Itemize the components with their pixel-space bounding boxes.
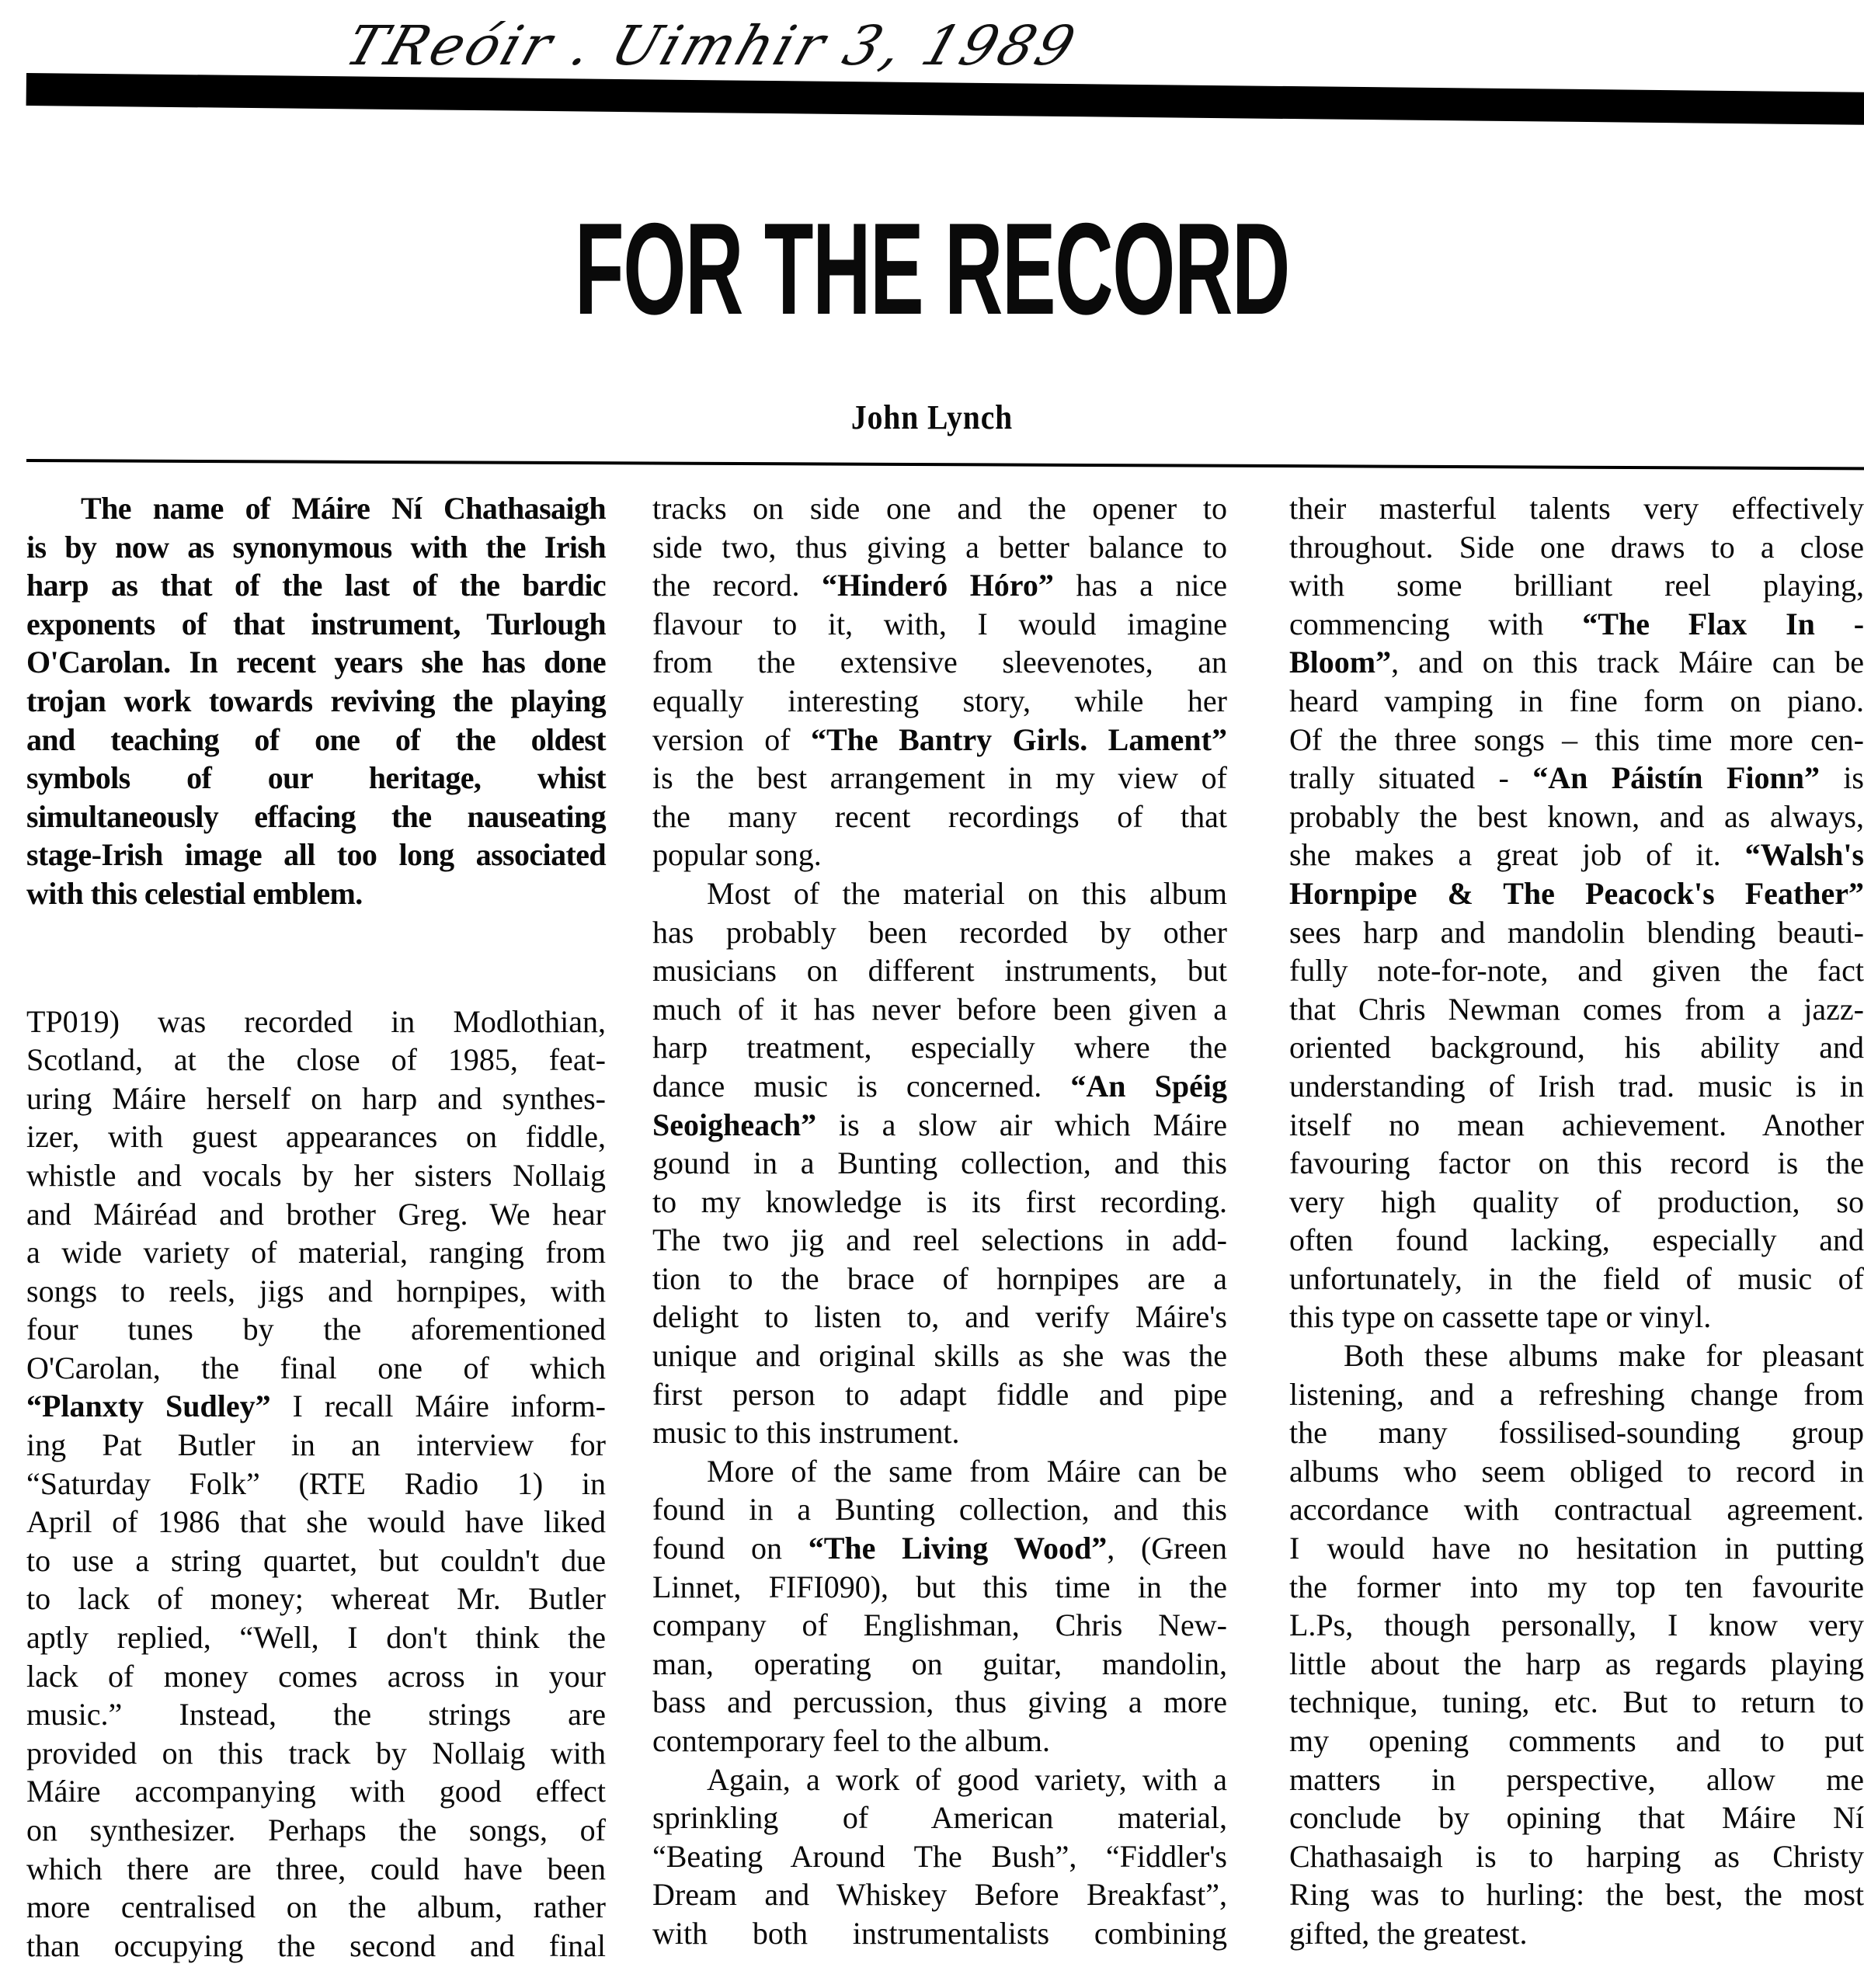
text-line: company of Englishman, Chris New-: [652, 1606, 1227, 1645]
text-line: sprinkling of American material,: [652, 1799, 1227, 1837]
bold-title-text: “Hinderó Hóro”: [822, 568, 1054, 603]
text-line: man, operating on guitar, mandolin,: [652, 1645, 1227, 1684]
text-line: provided on this track by Nollaig with: [26, 1734, 606, 1773]
text-line: conclude by opining that Máire Ní: [1289, 1799, 1864, 1837]
body-text: TP019) was recorded in Modlothian,: [26, 1004, 606, 1039]
body-text: the record.: [652, 568, 822, 603]
text-line: The two jig and reel selections in add-: [652, 1221, 1227, 1260]
text-line: “Planxty Sudley” I recall Máire inform-: [26, 1387, 606, 1426]
lead-paragraph: The name of Máire Ní Chathasaighis by no…: [26, 489, 606, 913]
text-line: found on “The Living Wood”, (Green: [652, 1529, 1227, 1568]
body-text: O'Carolan, the final one of which: [26, 1350, 606, 1385]
lead-text-line: and teaching of one of the oldest: [26, 721, 606, 759]
body-text: gound in a Bunting collection, and this: [652, 1145, 1227, 1180]
text-line: bass and percussion, thus giving a more: [652, 1683, 1227, 1722]
text-line: to my knowledge is its first recording.: [652, 1183, 1227, 1222]
body-text: ing Pat Butler in an interview for: [26, 1427, 606, 1462]
text-line: songs to reels, jigs and hornpipes, with: [26, 1272, 606, 1311]
body-text: to use a string quartet, but couldn't du…: [26, 1543, 606, 1578]
body-text: Linnet, FIFI090), but this time in the: [652, 1569, 1227, 1604]
bold-title-text: “The Flax In -: [1582, 606, 1864, 641]
text-line: Ring was to hurling: the best, the most: [1289, 1875, 1864, 1914]
body-text: whistle and vocals by her sisters Nollai…: [26, 1158, 606, 1193]
body-text: L.Ps, though personally, I know very: [1289, 1607, 1864, 1642]
text-line: “Beating Around The Bush”, “Fiddler's: [652, 1837, 1227, 1876]
column-1: The name of Máire Ní Chathasaighis by no…: [26, 489, 606, 1965]
bold-title-text: “Planxty Sudley”: [26, 1388, 271, 1423]
text-line: sees harp and mandolin blending beauti-: [1289, 913, 1864, 952]
body-text: I would have no hesitation in putting: [1289, 1531, 1864, 1566]
body-text: first person to adapt fiddle and pipe: [652, 1377, 1227, 1412]
body-text: than occupying the second and final: [26, 1928, 606, 1963]
body-text: sees harp and mandolin blending beauti-: [1289, 915, 1864, 950]
bold-title-text: “Walsh's: [1745, 837, 1864, 872]
body-text: music.” Instead, the strings are: [26, 1697, 606, 1732]
text-line: Of the three songs – this time more cen-: [1289, 721, 1864, 759]
column-3: their masterful talents very effectively…: [1289, 489, 1864, 1953]
body-text: albums who seem obliged to record in: [1289, 1454, 1864, 1489]
text-line: itself no mean achievement. Another: [1289, 1106, 1864, 1145]
text-line: unfortunately, in the field of music of: [1289, 1260, 1864, 1298]
text-line: whistle and vocals by her sisters Nollai…: [26, 1156, 606, 1195]
body-text: aptly replied, “Well, I don't think the: [26, 1620, 606, 1655]
text-line: my opening comments and to put: [1289, 1722, 1864, 1760]
text-line: ing Pat Butler in an interview for: [26, 1426, 606, 1465]
body-text: lack of money comes across in your: [26, 1659, 606, 1694]
body-text: from the extensive sleevenotes, an: [652, 645, 1227, 679]
text-line: the many fossilised-sounding group: [1289, 1413, 1864, 1452]
text-line: Máire accompanying with good effect: [26, 1772, 606, 1811]
body-text: flavour to it, with, I would imagine: [652, 606, 1227, 641]
text-line: music to this instrument.: [652, 1413, 1227, 1452]
body-text: equally interesting story, while her: [652, 683, 1227, 718]
body-text: popular song.: [652, 837, 822, 872]
body-text: is: [1820, 760, 1864, 795]
body-text: commencing with: [1289, 606, 1582, 641]
body-text: provided on this track by Nollaig with: [26, 1736, 606, 1771]
body-text: bass and percussion, thus giving a more: [652, 1684, 1227, 1719]
body-text: Dream and Whiskey Before Breakfast”,: [652, 1877, 1227, 1912]
body-text: itself no mean achievement. Another: [1289, 1107, 1864, 1142]
body-text: musicians on different instruments, but: [652, 953, 1227, 988]
text-line: the record. “Hinderó Hóro” has a nice: [652, 566, 1227, 605]
text-line: version of “The Bantry Girls. Lament”: [652, 721, 1227, 759]
text-line: trally situated - “An Páistín Fionn” is: [1289, 759, 1864, 798]
lead-text-line: trojan work towards reviving the playing: [26, 682, 606, 721]
text-line: very high quality of production, so: [1289, 1183, 1864, 1222]
text-line: the former into my top ten favourite: [1289, 1568, 1864, 1607]
text-line: probably the best known, and as always,: [1289, 798, 1864, 836]
body-text: trally situated -: [1289, 760, 1532, 795]
body-text: Máire accompanying with good effect: [26, 1774, 606, 1809]
text-line: little about the harp as regards playing: [1289, 1645, 1864, 1684]
text-line: Scotland, at the close of 1985, feat-: [26, 1041, 606, 1079]
column-gap: [26, 913, 606, 1003]
body-text: Chathasaigh is to harping as Christy: [1289, 1839, 1864, 1874]
text-line: commencing with “The Flax In -: [1289, 605, 1864, 644]
handwritten-annotation: " " TReóir . Uimhir 3, 1989: [312, 0, 1428, 85]
text-line: that Chris Newman comes from a jazz-: [1289, 990, 1864, 1029]
article-title: FOR THE RECORD: [354, 203, 1510, 334]
body-text: fully note-for-note, and given the fact: [1289, 953, 1864, 988]
body-text: to my knowledge is its first recording.: [652, 1184, 1227, 1219]
text-line: Most of the material on this album: [652, 874, 1227, 913]
body-text: has a nice: [1054, 568, 1227, 603]
body-text: on synthesizer. Perhaps the songs, of: [26, 1812, 606, 1847]
lead-text-line: The name of Máire Ní Chathasaigh: [26, 489, 606, 528]
body-text: found on: [652, 1531, 809, 1566]
body-text: little about the harp as regards playing: [1289, 1646, 1864, 1681]
text-line: found in a Bunting collection, and this: [652, 1490, 1227, 1529]
body-text: “Saturday Folk” (RTE Radio 1) in: [26, 1466, 606, 1501]
body-text: this type on cassette tape or vinyl.: [1289, 1299, 1711, 1334]
text-line: equally interesting story, while her: [652, 682, 1227, 721]
text-line: gifted, the greatest.: [1289, 1914, 1864, 1953]
body-text: contemporary feel to the album.: [652, 1723, 1050, 1758]
text-line: TP019) was recorded in Modlothian,: [26, 1003, 606, 1041]
body-text: she makes a great job of it.: [1289, 837, 1745, 872]
text-line: oriented background, his ability and: [1289, 1028, 1864, 1067]
body-text: sprinkling of American material,: [652, 1800, 1227, 1835]
text-line: harp treatment, especially where the: [652, 1028, 1227, 1067]
text-line: Bloom”, and on this track Máire can be: [1289, 643, 1864, 682]
text-line: listening, and a refreshing change from: [1289, 1375, 1864, 1414]
body-text: Both these albums make for pleasant: [1344, 1338, 1864, 1373]
body-text: matters in perspective, allow me: [1289, 1762, 1864, 1797]
column-2: tracks on side one and the opener toside…: [652, 489, 1227, 1953]
text-line: gound in a Bunting collection, and this: [652, 1144, 1227, 1183]
text-line: fully note-for-note, and given the fact: [1289, 951, 1864, 990]
text-line: side two, thus giving a better balance t…: [652, 528, 1227, 567]
text-line: from the extensive sleevenotes, an: [652, 643, 1227, 682]
body-text: I recall Máire inform-: [271, 1388, 606, 1423]
body-text: probably the best known, and as always,: [1289, 799, 1864, 834]
text-line: tion to the brace of hornpipes are a: [652, 1260, 1227, 1298]
text-line: “Saturday Folk” (RTE Radio 1) in: [26, 1465, 606, 1503]
body-text: and Máiréad and brother Greg. We hear: [26, 1197, 606, 1232]
body-text: Most of the material on this album: [707, 876, 1227, 911]
lead-text-line: simultaneously effacing the nauseating: [26, 798, 606, 836]
handwritten-publication-date: TReóir . Uimhir 3, 1989: [338, 14, 1085, 78]
text-line: Linnet, FIFI090), but this time in the: [652, 1568, 1227, 1607]
body-text: is the best arrangement in my view of: [652, 760, 1227, 795]
text-line: a wide variety of material, ranging from: [26, 1233, 606, 1272]
text-line: aptly replied, “Well, I don't think the: [26, 1618, 606, 1657]
text-line: O'Carolan, the final one of which: [26, 1349, 606, 1388]
text-line: on synthesizer. Perhaps the songs, of: [26, 1811, 606, 1850]
body-text: accordance with contractual agreement.: [1289, 1492, 1864, 1527]
body-text: Again, a work of good variety, with a: [707, 1762, 1227, 1797]
text-line: uring Máire herself on harp and synthes-: [26, 1079, 606, 1118]
text-line: I would have no hesitation in putting: [1289, 1529, 1864, 1568]
text-line: the many recent recordings of that: [652, 798, 1227, 836]
body-text: Scotland, at the close of 1985, feat-: [26, 1042, 606, 1077]
bold-title-text: Bloom”: [1289, 645, 1391, 679]
body-text: harp treatment, especially where the: [652, 1030, 1227, 1065]
body-text: technique, tuning, etc. But to return to: [1289, 1684, 1864, 1719]
bold-title-text: Hornpipe & The Peacock's Feather”: [1289, 876, 1864, 911]
text-line: favouring factor on this record is the: [1289, 1144, 1864, 1183]
body-text: company of Englishman, Chris New-: [652, 1607, 1227, 1642]
body-text: The two jig and reel selections in add-: [652, 1222, 1227, 1257]
text-line: Both these albums make for pleasant: [1289, 1336, 1864, 1375]
text-line: More of the same from Máire can be: [652, 1452, 1227, 1491]
body-text: the many fossilised-sounding group: [1289, 1415, 1864, 1450]
text-line: to lack of money; whereat Mr. Butler: [26, 1580, 606, 1618]
text-line: often found lacking, especially and: [1289, 1221, 1864, 1260]
body-text: very high quality of production, so: [1289, 1184, 1864, 1219]
body-text: the former into my top ten favourite: [1289, 1569, 1864, 1604]
body-text: the many recent recordings of that: [652, 799, 1227, 834]
text-line: and Máiréad and brother Greg. We hear: [26, 1195, 606, 1234]
body-text: delight to listen to, and verify Máire's: [652, 1299, 1227, 1334]
body-text: their masterful talents very effectively: [1289, 491, 1864, 526]
body-text: version of: [652, 722, 811, 757]
lead-text-line: exponents of that instrument, Turlough: [26, 605, 606, 644]
text-line: Seoigheach” is a slow air which Máire: [652, 1106, 1227, 1145]
text-line: unique and original skills as she was th…: [652, 1336, 1227, 1375]
body-text: my opening comments and to put: [1289, 1723, 1864, 1758]
lead-text-line: is by now as synonymous with the Irish: [26, 528, 606, 567]
body-text: with both instrumentalists combining: [652, 1916, 1227, 1951]
body-text: “Beating Around The Bush”, “Fiddler's: [652, 1839, 1227, 1874]
bold-title-text: “The Bantry Girls. Lament”: [811, 722, 1227, 757]
column-1-body: TP019) was recorded in Modlothian,Scotla…: [26, 1003, 606, 1965]
text-line: L.Ps, though personally, I know very: [1289, 1606, 1864, 1645]
text-line: Chathasaigh is to harping as Christy: [1289, 1837, 1864, 1876]
text-line: understanding of Irish trad. music is in: [1289, 1067, 1864, 1106]
text-line: dance music is concerned. “An Spéig: [652, 1067, 1227, 1106]
text-line: izer, with guest appearances on fiddle,: [26, 1117, 606, 1156]
header-rule: [26, 459, 1864, 470]
text-line: throughout. Side one draws to a close: [1289, 528, 1864, 567]
body-text: More of the same from Máire can be: [707, 1454, 1227, 1489]
body-text: side two, thus giving a better balance t…: [652, 530, 1227, 565]
text-line: albums who seem obliged to record in: [1289, 1452, 1864, 1491]
lead-text-line: symbols of our heritage, whist: [26, 759, 606, 798]
text-line: lack of money comes across in your: [26, 1657, 606, 1696]
body-text: listening, and a refreshing change from: [1289, 1377, 1864, 1412]
text-line: tracks on side one and the opener to: [652, 489, 1227, 528]
body-text: unique and original skills as she was th…: [652, 1338, 1227, 1373]
text-line: first person to adapt fiddle and pipe: [652, 1375, 1227, 1414]
body-text: often found lacking, especially and: [1289, 1222, 1864, 1257]
body-text: uring Máire herself on harp and synthes-: [26, 1081, 606, 1116]
text-line: Hornpipe & The Peacock's Feather”: [1289, 874, 1864, 913]
body-text: four tunes by the aforementioned: [26, 1312, 606, 1347]
body-text: much of it has never before been given a: [652, 992, 1227, 1027]
body-text: tracks on side one and the opener to: [652, 491, 1227, 526]
text-line: much of it has never before been given a: [652, 990, 1227, 1029]
body-text: tion to the brace of hornpipes are a: [652, 1261, 1227, 1296]
bold-title-text: Seoigheach”: [652, 1107, 816, 1142]
body-text: conclude by opining that Máire Ní: [1289, 1800, 1864, 1835]
text-line: to use a string quartet, but couldn't du…: [26, 1541, 606, 1580]
text-line: with both instrumentalists combining: [652, 1914, 1227, 1953]
text-line: more centralised on the album, rather: [26, 1888, 606, 1927]
body-text: izer, with guest appearances on fiddle,: [26, 1119, 606, 1154]
text-line: flavour to it, with, I would imagine: [652, 605, 1227, 644]
article-byline: John Lynch: [93, 398, 1771, 437]
text-line: this type on cassette tape or vinyl.: [1289, 1298, 1864, 1336]
lead-text-line: stage-Irish image all too long associate…: [26, 836, 606, 874]
body-text: more centralised on the album, rather: [26, 1889, 606, 1924]
body-text: , (Green: [1107, 1531, 1227, 1566]
body-text: , and on this track Máire can be: [1391, 645, 1864, 679]
bold-title-text: “An Páistín Fionn”: [1532, 760, 1820, 795]
body-text: Ring was to hurling: the best, the most: [1289, 1877, 1864, 1912]
body-text: to lack of money; whereat Mr. Butler: [26, 1581, 606, 1616]
body-text: man, operating on guitar, mandolin,: [652, 1646, 1227, 1681]
body-text: gifted, the greatest.: [1289, 1916, 1528, 1951]
text-line: April of 1986 that she would have liked: [26, 1503, 606, 1541]
text-line: which there are three, could have been: [26, 1850, 606, 1889]
body-text: throughout. Side one draws to a close: [1289, 530, 1864, 565]
body-text: that Chris Newman comes from a jazz-: [1289, 992, 1864, 1027]
text-line: heard vamping in fine form on piano.: [1289, 682, 1864, 721]
body-text: with some brilliant reel playing,: [1289, 568, 1864, 603]
text-line: delight to listen to, and verify Máire's: [652, 1298, 1227, 1336]
bold-title-text: “An Spéig: [1070, 1069, 1227, 1103]
body-text: a wide variety of material, ranging from: [26, 1235, 606, 1270]
body-text: April of 1986 that she would have liked: [26, 1504, 606, 1539]
body-text: Of the three songs – this time more cen-: [1289, 722, 1864, 757]
text-line: is the best arrangement in my view of: [652, 759, 1227, 798]
text-line: than occupying the second and final: [26, 1927, 606, 1965]
text-line: with some brilliant reel playing,: [1289, 566, 1864, 605]
body-text: heard vamping in fine form on piano.: [1289, 683, 1864, 718]
lead-text-line: harp as that of the last of the bardic: [26, 566, 606, 605]
body-text: songs to reels, jigs and hornpipes, with: [26, 1274, 606, 1309]
lead-text-line: O'Carolan. In recent years she has done: [26, 643, 606, 682]
text-line: musicians on different instruments, but: [652, 951, 1227, 990]
body-text: understanding of Irish trad. music is in: [1289, 1069, 1864, 1103]
text-line: popular song.: [652, 836, 1227, 874]
text-line: their masterful talents very effectively: [1289, 489, 1864, 528]
body-text: found in a Bunting collection, and this: [652, 1492, 1227, 1527]
body-text: favouring factor on this record is the: [1289, 1145, 1864, 1180]
text-line: music.” Instead, the strings are: [26, 1695, 606, 1734]
body-text: oriented background, his ability and: [1289, 1030, 1864, 1065]
text-line: four tunes by the aforementioned: [26, 1310, 606, 1349]
body-text: is a slow air which Máire: [816, 1107, 1227, 1142]
text-line: contemporary feel to the album.: [652, 1722, 1227, 1760]
text-line: Again, a work of good variety, with a: [652, 1760, 1227, 1799]
bold-title-text: “The Living Wood”: [809, 1531, 1108, 1566]
text-line: Dream and Whiskey Before Breakfast”,: [652, 1875, 1227, 1914]
lead-text-line: with this celestial emblem.: [26, 874, 606, 913]
body-text: unfortunately, in the field of music of: [1289, 1261, 1864, 1296]
text-line: she makes a great job of it. “Walsh's: [1289, 836, 1864, 874]
text-line: technique, tuning, etc. But to return to: [1289, 1683, 1864, 1722]
body-text: has probably been recorded by other: [652, 915, 1227, 950]
body-text: music to this instrument.: [652, 1415, 960, 1450]
text-line: matters in perspective, allow me: [1289, 1760, 1864, 1799]
body-text: which there are three, could have been: [26, 1851, 606, 1886]
body-text: dance music is concerned.: [652, 1069, 1070, 1103]
text-line: accordance with contractual agreement.: [1289, 1490, 1864, 1529]
text-line: has probably been recorded by other: [652, 913, 1227, 952]
